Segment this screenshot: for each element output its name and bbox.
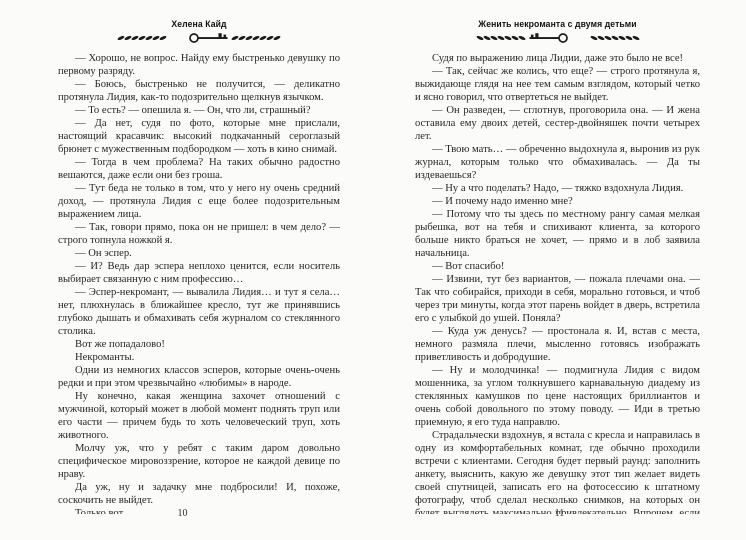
paragraph: Страдальчески вздохнув, я встала с кресл… (415, 429, 700, 514)
paragraph: Одни из немногих классов эсперов, которы… (58, 364, 340, 390)
paragraph: — Потому что ты здесь по местному рангу … (415, 208, 700, 260)
paragraph: — Да нет, судя по фото, которые мне прис… (58, 117, 340, 156)
paragraph: — Твою мать… — обреченно выдохнула я, вы… (415, 143, 700, 182)
key-ornament-icon (113, 31, 285, 45)
paragraph: Да уж, ну и задачку мне подбросили! И, п… (58, 481, 340, 507)
paragraph: — И почему надо именно мне? (415, 195, 700, 208)
running-header-title: Женить некроманта с двумя детьми (421, 19, 695, 29)
paragraph: Некроманты. (58, 351, 340, 364)
paragraph: — Ну и молодчинка! — подмигнула Лидия с … (415, 364, 700, 429)
key-ornament-mirrored-icon (472, 31, 644, 45)
left-page: Хелена Кайд — Хорошо, не вопрос. Найду е… (0, 0, 373, 540)
paragraph: — Извини, тут без вариантов, — пожала пл… (415, 273, 700, 325)
paragraph: — Куда уж денусь? — простонала я. И, вст… (415, 325, 700, 364)
page-text: — Хорошо, не вопрос. Найду ему быстреньк… (58, 52, 340, 514)
page-text: Судя по выражению лица Лидии, даже это б… (415, 52, 700, 514)
paragraph: Ну конечно, какая женщина захочет отноше… (58, 390, 340, 442)
paragraph: — Ну а что поделать? Надо, — тяжко вздох… (415, 182, 700, 195)
paragraph: Молчу уж, что у ребят с таким даром дово… (58, 442, 340, 481)
right-page: Женить некроманта с двумя детьми Судя по… (373, 0, 746, 540)
paragraph: — Боюсь, быстренько не получится, — дели… (58, 78, 340, 104)
running-header-author: Хелена Кайд (64, 19, 335, 29)
paragraph: — Так, сейчас же колись, что еще? — стро… (415, 65, 700, 104)
page-number: 11 (373, 508, 746, 519)
paragraph: — И? Ведь дар эспера неплохо ценится, ес… (58, 260, 340, 286)
paragraph: — Эспер-некромант, — вывалила Лидия… и т… (58, 286, 340, 338)
paragraph: Судя по выражению лица Лидии, даже это б… (415, 52, 700, 65)
paragraph: — То есть? — опешила я. — Он, что ли, ст… (58, 104, 340, 117)
paragraph: — Тут беда не только в том, что у него н… (58, 182, 340, 221)
paragraph: — Он эспер. (58, 247, 340, 260)
paragraph: — Он разведен, — сглотнув, проговорила о… (415, 104, 700, 143)
paragraph: — Тогда в чем проблема? На таких обычно … (58, 156, 340, 182)
page-number: 10 (0, 508, 373, 519)
paragraph: Вот же попадалово! (58, 338, 340, 351)
paragraph: — Так, говори прямо, пока он не пришел: … (58, 221, 340, 247)
paragraph: — Вот спасибо! (415, 260, 700, 273)
paragraph: — Хорошо, не вопрос. Найду ему быстреньк… (58, 52, 340, 78)
book-spread: Хелена Кайд — Хорошо, не вопрос. Найду е… (0, 0, 746, 540)
